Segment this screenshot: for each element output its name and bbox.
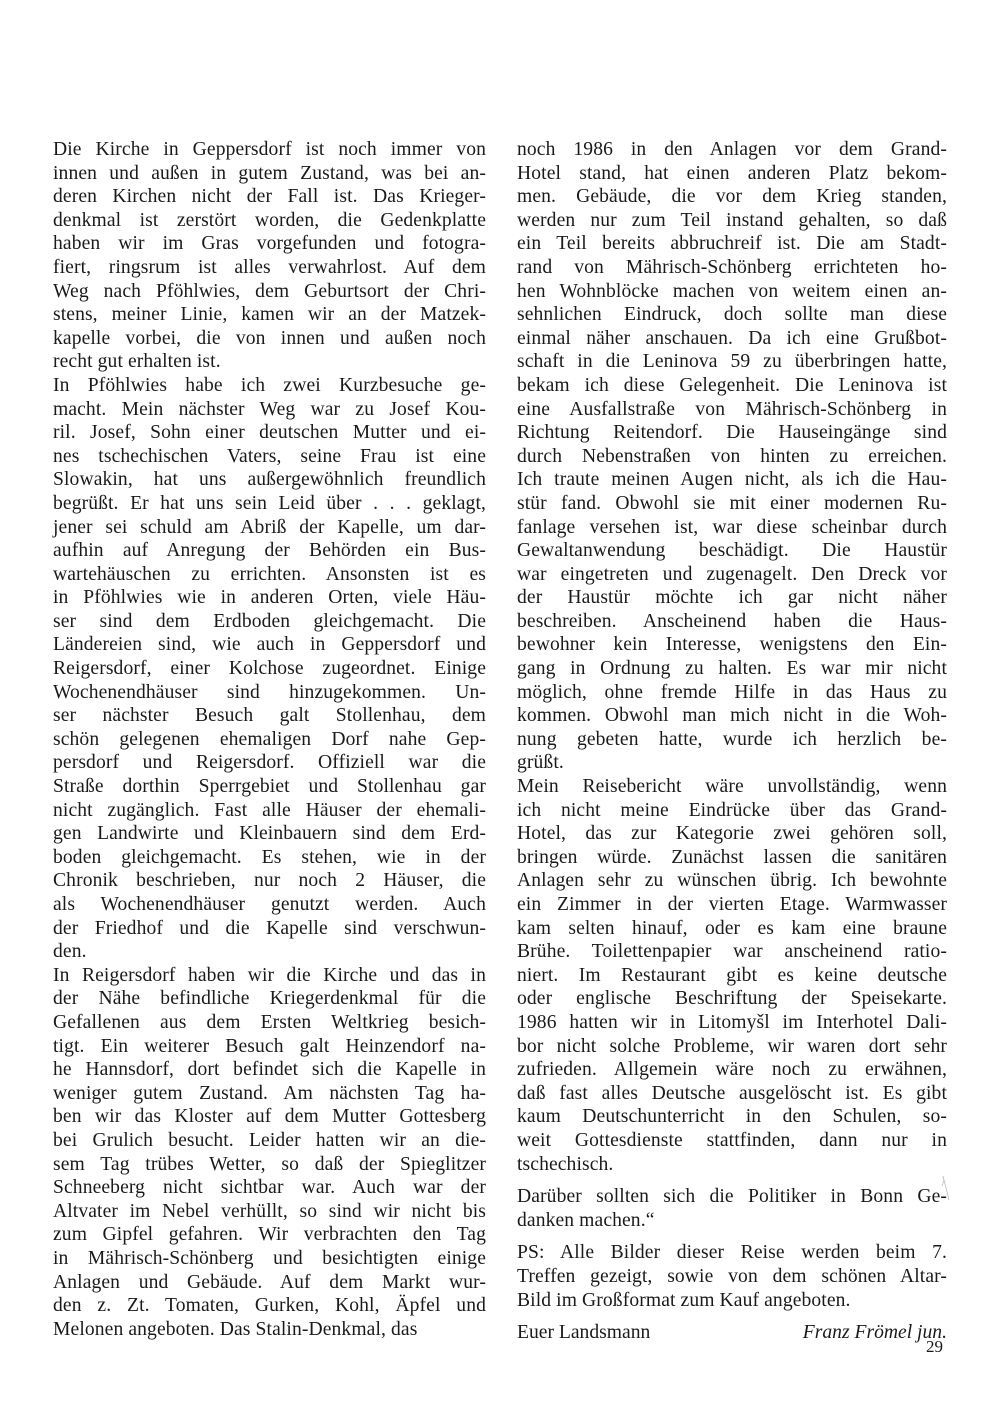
text-line: persdorf und Reigersdorf. Offiziell war … [53, 751, 486, 775]
text-line: werden nur zum Teil instand gehalten, so… [517, 209, 947, 233]
text-line: den. [53, 940, 486, 964]
text-line: macht. Mein nächster Weg war zu Josef Ko… [53, 398, 486, 422]
text-line: Chronik beschrieben, nur noch 2 Häuser, … [53, 869, 486, 893]
paragraph-ps: PS: Alle Bilder dieser Reise werden beim… [517, 1232, 947, 1312]
text-line: Slowakin, hat uns außergewöhnlich freund… [53, 468, 486, 492]
text-line: Melonen angeboten. Das Stalin-Denkmal, d… [53, 1318, 486, 1342]
text-line: 1986 hatten wir in Litomyšl im Interhote… [517, 1011, 947, 1035]
text-line: schön gelegenen ehemaligen Dorf nahe Gep… [53, 728, 486, 752]
text-line: Gewaltanwendung beschädigt. Die Haustür [517, 539, 947, 563]
text-line: denkmal ist zerstört worden, die Gedenkp… [53, 209, 486, 233]
text-line: ril. Josef, Sohn einer deutschen Mutter … [53, 421, 486, 445]
text-line: der Haustür möchte ich gar nicht näher [517, 586, 947, 610]
text-line: als Wochenendhäuser genutzt werden. Auch [53, 893, 486, 917]
text-line: nes tschechischen Vaters, seine Frau ist… [53, 445, 486, 469]
paragraph-2: In Pföhlwies habe ich zwei Kurzbesuche g… [53, 374, 486, 964]
text-line: bringen würde. Zunächst lassen die sanit… [517, 846, 947, 870]
signature-closing: Euer Landsmann [517, 1321, 650, 1345]
paragraph-6: Darüber sollten sich die Politiker in Bo… [517, 1176, 947, 1232]
text-line: oder englische Beschriftung der Speiseka… [517, 987, 947, 1011]
paragraph-4: noch 1986 in den Anlagen vor dem Grand-H… [517, 138, 947, 775]
page-number: 29 [926, 1337, 943, 1357]
text-line: recht gut erhalten ist. [53, 350, 486, 374]
text-line: In Reigersdorf haben wir die Kirche und … [53, 964, 486, 988]
text-line: rand von Mährisch-Schönberg errichteten … [517, 256, 947, 280]
text-line: grüßt. [517, 751, 947, 775]
text-line: Ländereien sind, wie auch in Geppersdorf… [53, 633, 486, 657]
text-line: durch Nebenstraßen von hinten zu erreich… [517, 445, 947, 469]
text-line: Ich traute meinen Augen nicht, als ich d… [517, 468, 947, 492]
scan-artifact-mark [941, 1176, 951, 1200]
paragraph-gap [517, 1232, 947, 1241]
text-line: Bild im Großformat zum Kauf angeboten. [517, 1289, 947, 1313]
text-line: Die Kirche in Geppersdorf ist noch immer… [53, 138, 486, 162]
text-line: Reigersdorf, einer Kolchose zugeordnet. … [53, 657, 486, 681]
text-line: Darüber sollten sich die Politiker in Bo… [517, 1185, 947, 1209]
text-line: hen Wohnblöcke machen von weitem einen a… [517, 280, 947, 304]
text-line: wartehäuschen zu errichten. Ansonsten is… [53, 563, 486, 587]
text-line: sem Tag trübes Wetter, so daß der Spiegl… [53, 1153, 486, 1177]
text-line: fanlage versehen ist, war diese scheinba… [517, 516, 947, 540]
paragraph-3: In Reigersdorf haben wir die Kirche und … [53, 964, 486, 1342]
signature-row: Euer Landsmann Franz Frömel jun. [517, 1321, 947, 1345]
spacer [517, 1312, 947, 1321]
text-line: bekam ich diese Gelegenheit. Die Leninov… [517, 374, 947, 398]
text-line: tigt. Ein weiterer Besuch galt Heinzendo… [53, 1035, 486, 1059]
text-line: Mein Reisebericht wäre unvollständig, we… [517, 775, 947, 799]
text-line: jener sei schuld am Abriß der Kapelle, u… [53, 516, 486, 540]
text-line: he Hannsdorf, dort befindet sich die Kap… [53, 1058, 486, 1082]
text-line: stens, meiner Linie, kamen wir an der Ma… [53, 303, 486, 327]
paragraph-gap [517, 1176, 947, 1185]
text-line: gen Landwirte und Kleinbauern sind dem E… [53, 822, 486, 846]
text-line: In Pföhlwies habe ich zwei Kurzbesuche g… [53, 374, 486, 398]
text-line: ser nächster Besuch galt Stollenhau, dem [53, 704, 486, 728]
text-line: sehnlichen Eindruck, doch sollte man die… [517, 303, 947, 327]
text-line: innen und außen in gutem Zustand, was be… [53, 162, 486, 186]
text-line: Wochenendhäuser sind hinzugekommen. Un- [53, 681, 486, 705]
text-line: eine Ausfallstraße von Mährisch-Schönber… [517, 398, 947, 422]
text-line: bewohner kein Interesse, wenigstens den … [517, 633, 947, 657]
text-line: ser sind dem Erdboden gleichgemacht. Die [53, 610, 486, 634]
text-line: in Mährisch-Schönberg und besichtigten e… [53, 1247, 486, 1271]
text-line: gang in Ordnung zu halten. Es war mir ni… [517, 657, 947, 681]
text-line: nicht zugänglich. Fast alle Häuser der e… [53, 799, 486, 823]
text-line: danken machen.“ [517, 1209, 947, 1233]
text-line: Anlagen sehr zu wünschen übrig. Ich bewo… [517, 869, 947, 893]
text-line: fiert, ringsrum ist alles verwahrlost. A… [53, 256, 486, 280]
text-line: deren Kirchen nicht der Fall ist. Das Kr… [53, 185, 486, 209]
text-line: bor nicht solche Probleme, wir waren dor… [517, 1035, 947, 1059]
text-line: zufrieden. Allgemein wäre noch zu erwähn… [517, 1058, 947, 1082]
text-line: boden gleichgemacht. Es stehen, wie in d… [53, 846, 486, 870]
text-line: bei Grulich besucht. Leider hatten wir a… [53, 1129, 486, 1153]
text-line: einmal näher anschauen. Da ich eine Gruß… [517, 327, 947, 351]
text-line: in Pföhlwies wie in anderen Orten, viele… [53, 586, 486, 610]
text-line: war eingetreten und zugenagelt. Den Drec… [517, 563, 947, 587]
text-line: ben wir das Kloster auf dem Mutter Gotte… [53, 1105, 486, 1129]
text-line: weit Gottesdienste stattfinden, dann nur… [517, 1129, 947, 1153]
text-line: Hotel stand, hat einen anderen Platz bek… [517, 162, 947, 186]
text-line: niert. Im Restaurant gibt es keine deuts… [517, 964, 947, 988]
text-line: begrüßt. Er hat uns sein Leid über . . .… [53, 492, 486, 516]
text-line: ein Teil bereits abbruchreif ist. Die am… [517, 232, 947, 256]
text-line: Anlagen und Gebäude. Auf dem Markt wur- [53, 1271, 486, 1295]
text-line: PS: Alle Bilder dieser Reise werden beim… [517, 1241, 947, 1265]
text-line: weniger gutem Zustand. Am nächsten Tag h… [53, 1082, 486, 1106]
right-column: noch 1986 in den Anlagen vor dem Grand-H… [517, 138, 947, 1345]
text-line: kapelle vorbei, die von innen und außen … [53, 327, 486, 351]
text-line: men. Gebäude, die vor dem Krieg standen, [517, 185, 947, 209]
text-line: Richtung Reitendorf. Die Hauseingänge si… [517, 421, 947, 445]
text-line: nung gebeten hatte, wurde ich herzlich b… [517, 728, 947, 752]
text-line: stür fand. Obwohl sie mit einer modernen… [517, 492, 947, 516]
text-line: ich nicht meine Eindrücke über das Grand… [517, 799, 947, 823]
text-line: Gefallenen aus dem Ersten Weltkrieg besi… [53, 1011, 486, 1035]
text-line: beschreiben. Anscheinend haben die Haus- [517, 610, 947, 634]
text-line: Brühe. Toilettenpapier war anscheinend r… [517, 940, 947, 964]
text-line: Straße dorthin Sperrgebiet und Stollenha… [53, 775, 486, 799]
text-line: kaum Deutschunterricht in den Schulen, s… [517, 1105, 947, 1129]
text-line: Schneeberg nicht sichtbar war. Auch war … [53, 1176, 486, 1200]
text-line: der Nähe befindliche Kriegerdenkmal für … [53, 987, 486, 1011]
text-line: Altvater im Nebel verhüllt, so sind wir … [53, 1200, 486, 1224]
text-line: den z. Zt. Tomaten, Gurken, Kohl, Äpfel … [53, 1294, 486, 1318]
paragraph-5: Mein Reisebericht wäre unvollständig, we… [517, 775, 947, 1176]
text-line: möglich, ohne fremde Hilfe in das Haus z… [517, 681, 947, 705]
text-line: schaft in die Leninova 59 zu überbringen… [517, 350, 947, 374]
text-line: Hotel, das zur Kategorie zwei gehören so… [517, 822, 947, 846]
left-column: Die Kirche in Geppersdorf ist noch immer… [53, 138, 486, 1341]
text-line: aufhin auf Anregung der Behörden ein Bus… [53, 539, 486, 563]
text-line: der Friedhof und die Kapelle sind versch… [53, 917, 486, 941]
text-line: noch 1986 in den Anlagen vor dem Grand- [517, 138, 947, 162]
text-line: tschechisch. [517, 1153, 947, 1177]
text-line: kommen. Obwohl man mich nicht in die Woh… [517, 704, 947, 728]
text-line: haben wir im Gras vorgefunden und fotogr… [53, 232, 486, 256]
text-line: Weg nach Pföhlwies, dem Geburtsort der C… [53, 280, 486, 304]
paragraph-1: Die Kirche in Geppersdorf ist noch immer… [53, 138, 486, 374]
text-line: kam selten hinauf, oder es kam eine brau… [517, 917, 947, 941]
text-line: ein Zimmer in der vierten Etage. Warmwas… [517, 893, 947, 917]
text-line: Treffen gezeigt, sowie von dem schönen A… [517, 1265, 947, 1289]
text-line: daß fast alles Deutsche ausgelöscht ist.… [517, 1082, 947, 1106]
text-line: zum Gipfel gefahren. Wir verbrachten den… [53, 1223, 486, 1247]
